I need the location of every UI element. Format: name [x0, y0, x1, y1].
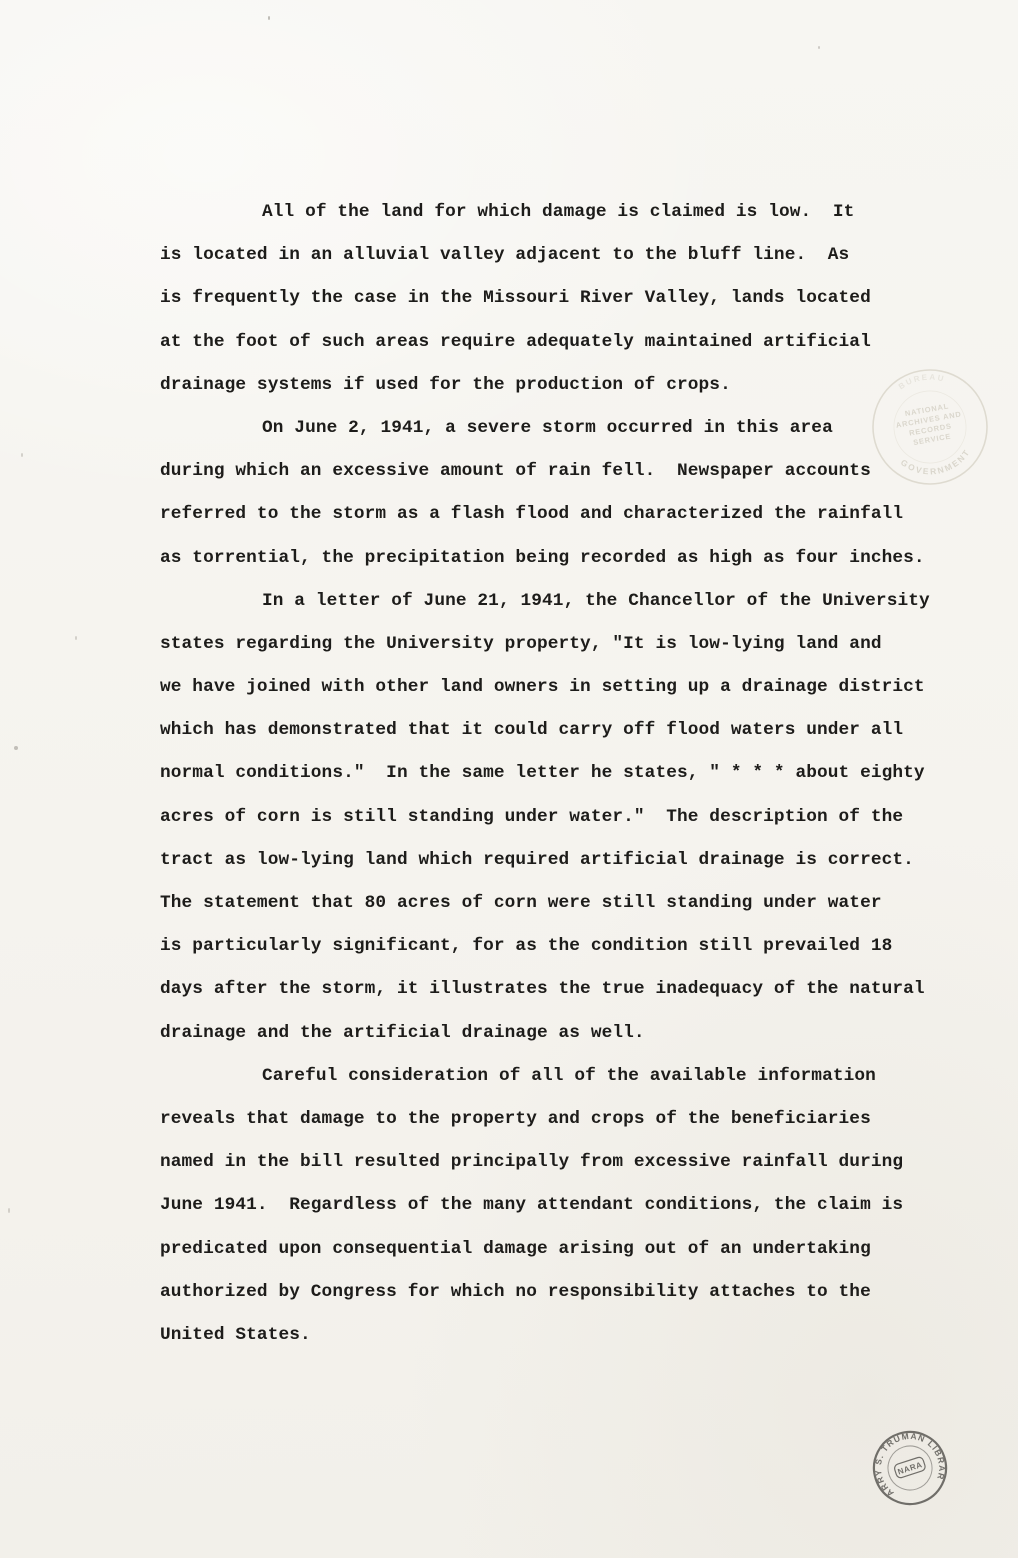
text-line: drainage and the artificial drainage as …: [160, 1023, 960, 1066]
text-line: drainage systems if used for the product…: [160, 375, 960, 418]
text-line: is particularly significant, for as the …: [160, 936, 960, 979]
text-line: On June 2, 1941, a severe storm occurred…: [160, 418, 960, 461]
text-line: as torrential, the precipitation being r…: [160, 548, 960, 591]
svg-text:HARRY S. TRUMAN LIBRARY: HARRY S. TRUMAN LIBRARY: [852, 1410, 953, 1509]
text-line: Careful consideration of all of the avai…: [160, 1066, 960, 1109]
text-line: during which an excessive amount of rain…: [160, 461, 960, 504]
text-line: June 1941. Regardless of the many attend…: [160, 1195, 960, 1238]
text-line: states regarding the University property…: [160, 634, 960, 677]
text-line: acres of corn is still standing under wa…: [160, 807, 960, 850]
text-line: referred to the storm as a flash flood a…: [160, 504, 960, 547]
paper-speck: [21, 453, 23, 457]
paper-speck: [818, 46, 820, 49]
text-line: named in the bill resulted principally f…: [160, 1152, 960, 1195]
paper-speck: [268, 16, 270, 20]
text-line: at the foot of such areas require adequa…: [160, 332, 960, 375]
text-line: normal conditions." In the same letter h…: [160, 763, 960, 806]
typewritten-text: All of the land for which damage is clai…: [160, 202, 960, 1368]
text-line: predicated upon consequential damage ari…: [160, 1239, 960, 1282]
text-line: All of the land for which damage is clai…: [160, 202, 960, 245]
paper-speck: [75, 636, 77, 640]
text-line: In a letter of June 21, 1941, the Chance…: [160, 591, 960, 634]
text-line: The statement that 80 acres of corn were…: [160, 893, 960, 936]
paper-speck: [8, 1208, 10, 1213]
truman-library-stamp: HARRY S. TRUMAN LIBRARY NARA: [852, 1410, 968, 1526]
paper-speck: [14, 746, 18, 750]
text-line: days after the storm, it illustrates the…: [160, 979, 960, 1022]
text-line: tract as low-lying land which required a…: [160, 850, 960, 893]
text-line: authorized by Congress for which no resp…: [160, 1282, 960, 1325]
truman-arc-text: HARRY S. TRUMAN LIBRARY: [852, 1410, 953, 1509]
text-line: is frequently the case in the Missouri R…: [160, 288, 960, 331]
text-line: United States.: [160, 1325, 960, 1368]
text-line: which has demonstrated that it could car…: [160, 720, 960, 763]
text-line: reveals that damage to the property and …: [160, 1109, 960, 1152]
document-page: BUREAU NATIONAL ARCHIVES AND RECORDS SER…: [0, 0, 1018, 1558]
text-line: we have joined with other land owners in…: [160, 677, 960, 720]
text-line: is located in an alluvial valley adjacen…: [160, 245, 960, 288]
